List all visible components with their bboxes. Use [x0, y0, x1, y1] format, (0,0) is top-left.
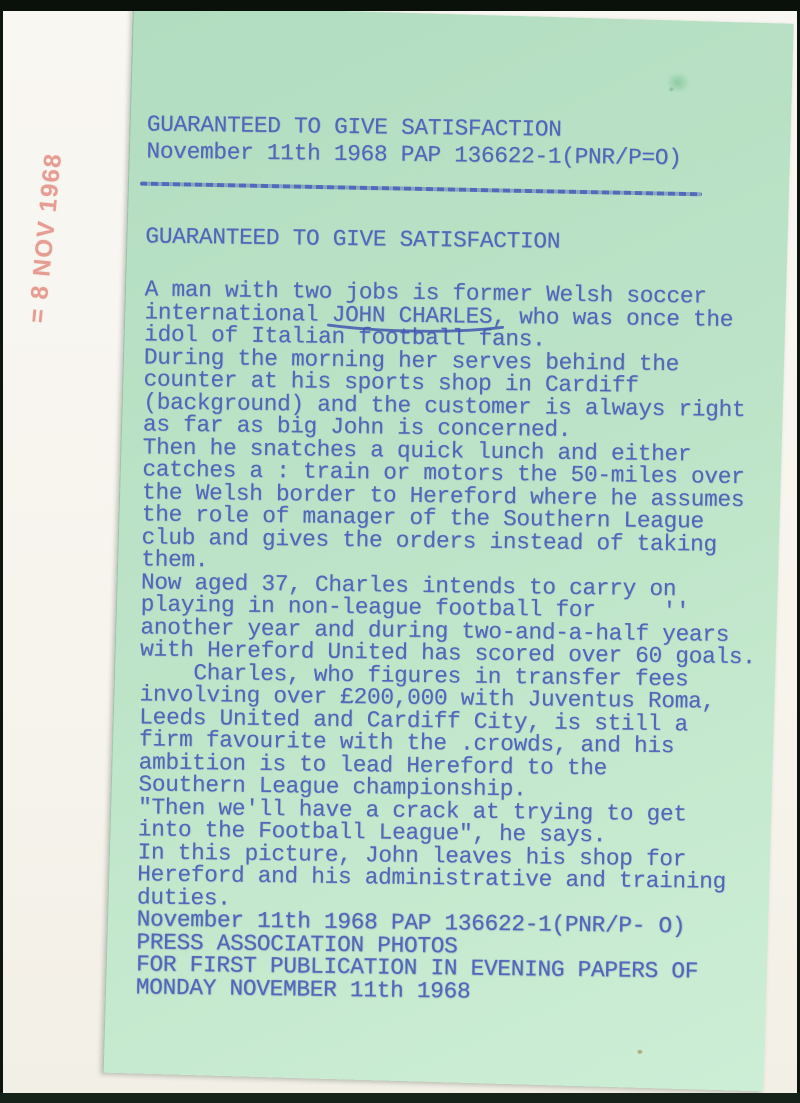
caption-body: A man with two jobs is former Welsh socc… [136, 278, 789, 1006]
typed-divider-rule [140, 182, 702, 197]
paper-speck [637, 1050, 642, 1054]
scanned-press-caption: = 8 NOV 1968 GUARANTEED TO GIVE SATISFAC… [0, 0, 800, 1103]
ink-underline-stroke [327, 322, 506, 335]
typed-text-layer: GUARANTEED TO GIVE SATISFACTION November… [136, 111, 791, 1006]
footer-lines: November 11th 1968 PAP 136622-1(PNR/P- O… [136, 908, 781, 1006]
caption-sheet: GUARANTEED TO GIVE SATISFACTION November… [103, 5, 794, 1091]
scanner-edge-top [0, 0, 800, 11]
underlined-name: JOHN CHARLES [332, 303, 493, 328]
paper-stain [662, 68, 695, 97]
caption-lines: idol of Italian football fans.During the… [137, 323, 788, 916]
date-stamp: = 8 NOV 1968 [22, 127, 73, 349]
section-title: GUARANTEED TO GIVE SATISFACTION [145, 224, 789, 256]
scanner-edge-bottom [0, 1093, 800, 1103]
